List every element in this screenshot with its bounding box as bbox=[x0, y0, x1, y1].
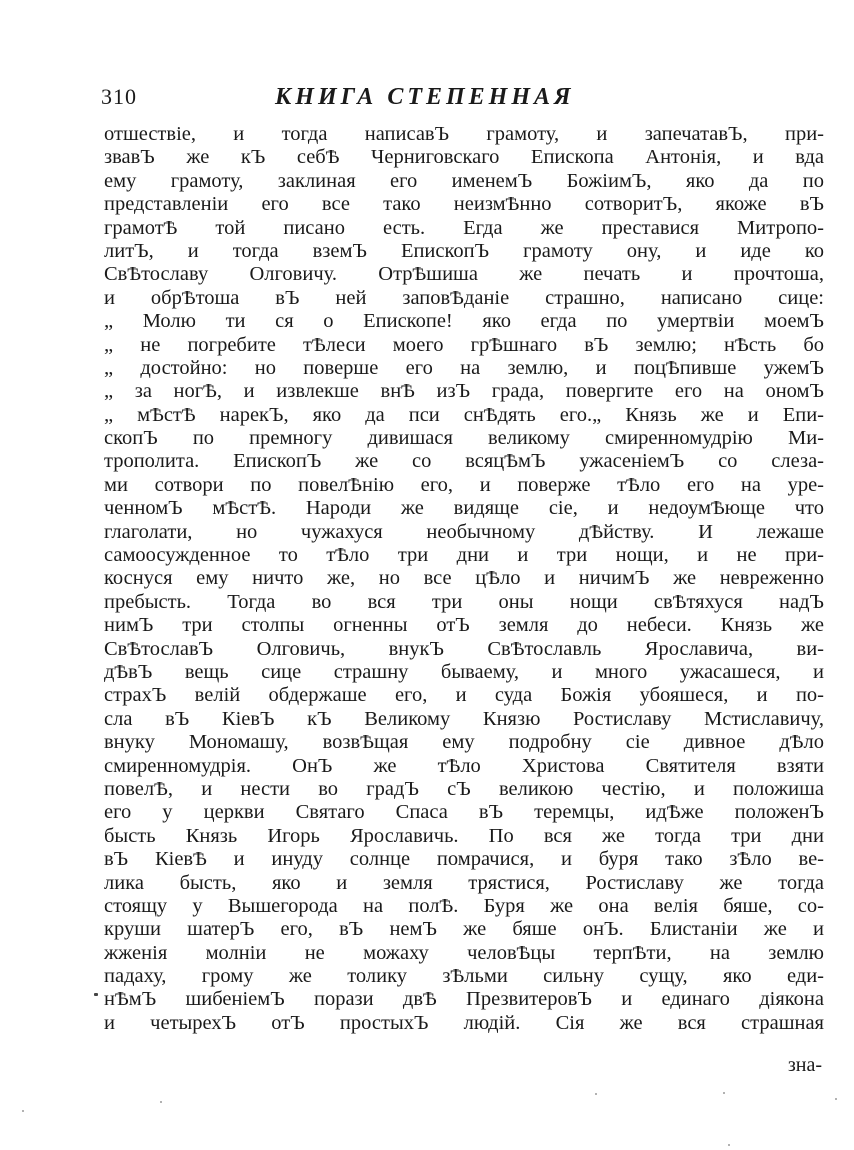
margin-ink-mark bbox=[94, 993, 98, 996]
paper-speck bbox=[160, 1101, 162, 1103]
text-line: звавЪ же кЪ себѢ Черниговскаго Епископа … bbox=[104, 146, 824, 169]
text-line: самоосужденное то тѢло три дни и три нощ… bbox=[104, 544, 824, 567]
catchword: зна- bbox=[788, 1053, 822, 1077]
text-line: трополита. ЕпископЪ же со всяцѢмЪ ужасен… bbox=[104, 450, 824, 473]
text-line: СвѢтославу Олговичу. ОтрѢшиша же печать … bbox=[104, 263, 824, 286]
paper-speck bbox=[595, 1093, 597, 1095]
text-line: страхЪ велій обдержаше его, и суда Божія… bbox=[104, 684, 824, 707]
paper-speck bbox=[728, 1144, 730, 1146]
text-line: круши шатерЪ его, вЪ немЪ же бяше онЪ. Б… bbox=[104, 918, 824, 941]
text-line: ченномЪ мѢстѢ. Народи же видяще сіе, и н… bbox=[104, 497, 824, 520]
text-line: жженія молніи не можаху человѢцы терпѢти… bbox=[104, 942, 824, 965]
text-line: падаху, грому же толику зѢльми сильну су… bbox=[104, 965, 824, 988]
text-line: повелѢ, и нести во градЪ сЪ великою чест… bbox=[104, 778, 824, 801]
text-line: глаголати, но чужахуся необычному дѢйств… bbox=[104, 521, 824, 544]
text-line: его у церкви Святаго Спаса вЪ теремцы, и… bbox=[104, 801, 824, 824]
paper-speck bbox=[22, 1110, 24, 1112]
text-line: коснуся ему ничто же, но все цѢло и ничи… bbox=[104, 567, 824, 590]
running-head: 310 КНИГА СТЕПЕННАЯ bbox=[101, 82, 823, 112]
quoted-line: „ Молю ти ся о Епископе! яко егда по уме… bbox=[104, 310, 824, 333]
text-line: пребысть. Тогда во вся три оны нощи свѢт… bbox=[104, 591, 824, 614]
text-line: нимЪ три столпы огненны отЪ земля до неб… bbox=[104, 614, 824, 637]
text-line: бысть Князь Игорь Ярославичь. По вся же … bbox=[104, 825, 824, 848]
body-text: отшествіе, и тогда написавЪ грамоту, и з… bbox=[104, 123, 824, 1035]
text-line: нѢмЪ шибеніемЪ порази двѢ ПрезвитеровЪ и… bbox=[104, 988, 824, 1011]
book-page: 310 КНИГА СТЕПЕННАЯ отшествіе, и тогда н… bbox=[0, 0, 854, 1150]
paper-speck bbox=[835, 1098, 837, 1100]
text-line: ему грамоту, заклиная его именемЪ Божіим… bbox=[104, 170, 824, 193]
text-line: СвѢтославЪ Олговичь, внукЪ СвѢтославль Я… bbox=[104, 638, 824, 661]
running-title: КНИГА СТЕПЕННАЯ bbox=[275, 82, 575, 112]
page-number: 310 bbox=[101, 82, 137, 112]
text-line: смиренномудрія. ОнЪ же тѢло Христова Свя… bbox=[104, 755, 824, 778]
text-line: дѢвЪ вещь сице страшну бываему, и много … bbox=[104, 661, 824, 684]
text-line: лика бысть, яко и земля трястися, Ростис… bbox=[104, 872, 824, 895]
quoted-line: „ не погребите тѢлеси моего грѢшнаго вЪ … bbox=[104, 334, 824, 357]
quoted-line: „ мѢстѢ нарекЪ, яко да пси снѢдять его.„… bbox=[104, 404, 824, 427]
text-line: ми сотвори по повелѢнію его, и поверже т… bbox=[104, 474, 824, 497]
text-line: отшествіе, и тогда написавЪ грамоту, и з… bbox=[104, 123, 824, 146]
text-line: вЪ КіевѢ и инуду солнце помрачися, и бур… bbox=[104, 848, 824, 871]
text-line: сла вЪ КіевЪ кЪ Великому Князю Ростислав… bbox=[104, 708, 824, 731]
text-line: внуку Мономашу, возвѢщая ему подробну сі… bbox=[104, 731, 824, 754]
quoted-line: „ за ногѢ, и извлекше внѢ изЪ града, пов… bbox=[104, 380, 824, 403]
text-line: грамотѢ той писано есть. Егда же престав… bbox=[104, 217, 824, 240]
paper-speck bbox=[723, 1092, 725, 1094]
text-line: представленіи его все тако неизмѢнно сот… bbox=[104, 193, 824, 216]
text-line: стоящу у Вышегорода на полѢ. Буря же она… bbox=[104, 895, 824, 918]
text-line: и четырехЪ отЪ простыхЪ людій. Сія же вс… bbox=[104, 1012, 824, 1035]
quoted-line: „ достойно: но поверше его на землю, и п… bbox=[104, 357, 824, 380]
text-line: скопЪ по премногу дивишася великому смир… bbox=[104, 427, 824, 450]
text-line: и обрѢтоша вЪ ней заповѢданіе страшно, н… bbox=[104, 287, 824, 310]
text-line: литЪ, и тогда вземЪ ЕпископЪ грамоту ону… bbox=[104, 240, 824, 263]
